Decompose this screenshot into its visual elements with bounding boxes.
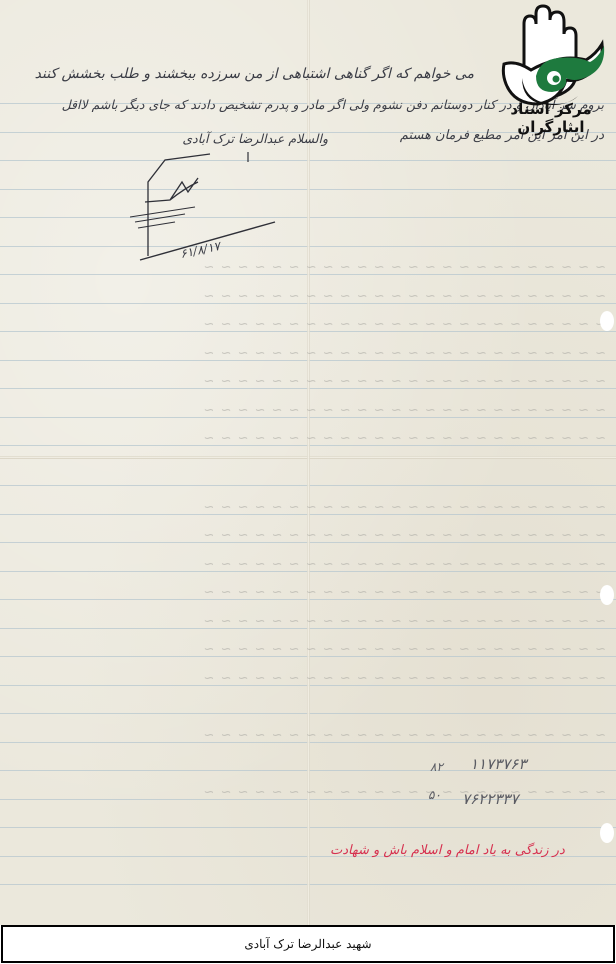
punch-hole — [600, 823, 614, 843]
bleed-through-text: ~ ~ ~ ~ ~ ~ ~ ~ ~ ~ ~ ~ ~ ~ ~ ~ ~ ~ ~ ~ … — [10, 728, 606, 743]
punch-hole — [600, 311, 614, 331]
bleed-through-text: ~ ~ ~ ~ ~ ~ ~ ~ ~ ~ ~ ~ ~ ~ ~ ~ ~ ~ ~ ~ … — [10, 317, 606, 332]
bleed-through-text: ~ ~ ~ ~ ~ ~ ~ ~ ~ ~ ~ ~ ~ ~ ~ ~ ~ ~ ~ ~ … — [10, 346, 606, 361]
bleed-through-text: ~ ~ ~ ~ ~ ~ ~ ~ ~ ~ ~ ~ ~ ~ ~ ~ ~ ~ ~ ~ … — [10, 557, 606, 572]
bleed-through-text: ~ ~ ~ ~ ~ ~ ~ ~ ~ ~ ~ ~ ~ ~ ~ ~ ~ ~ ~ ~ … — [10, 671, 606, 686]
bleed-through-text: ~ ~ ~ ~ ~ ~ ~ ~ ~ ~ ~ ~ ~ ~ ~ ~ ~ ~ ~ ~ … — [10, 374, 606, 389]
punch-hole — [600, 585, 614, 605]
bleed-through-text: ~ ~ ~ ~ ~ ~ ~ ~ ~ ~ ~ ~ ~ ~ ~ ~ ~ ~ ~ ~ … — [10, 431, 606, 446]
bleed-through-text: ~ ~ ~ ~ ~ ~ ~ ~ ~ ~ ~ ~ ~ ~ ~ ~ ~ ~ ~ ~ … — [10, 260, 606, 275]
bleed-through-text: ~ ~ ~ ~ ~ ~ ~ ~ ~ ~ ~ ~ ~ ~ ~ ~ ~ ~ ~ ~ … — [10, 403, 606, 418]
letter-scan: ~ ~ ~ ~ ~ ~ ~ ~ ~ ~ ~ ~ ~ ~ ~ ~ ~ ~ ~ ~ … — [0, 0, 616, 925]
bleed-through-text: ~ ~ ~ ~ ~ ~ ~ ~ ~ ~ ~ ~ ~ ~ ~ ~ ~ ~ ~ ~ … — [10, 500, 606, 515]
handwritten-note-2: ۵۰ — [428, 788, 441, 802]
letter-closing: والسلام عبدالرضا ترک آبادی — [182, 131, 328, 146]
letter-line-1: می خواهم که اگر گناهی اشتباهی از من سرزد… — [35, 66, 474, 82]
handwritten-number-1: ۱۱۷۳۷۶۳ — [470, 755, 526, 773]
caption-text: شهید عبدالرضا ترک آبادی — [244, 937, 371, 951]
logo-text: مرکز اسناد ایثارگران — [486, 100, 616, 136]
bleed-through-text: ~ ~ ~ ~ ~ ~ ~ ~ ~ ~ ~ ~ ~ ~ ~ ~ ~ ~ ~ ~ … — [10, 642, 606, 657]
bleed-through-text: ~ ~ ~ ~ ~ ~ ~ ~ ~ ~ ~ ~ ~ ~ ~ ~ ~ ~ ~ ~ … — [10, 614, 606, 629]
red-ink-note: در زندگی به یاد امام و اسلام باش و شهادت — [330, 843, 565, 858]
caption-box: شهید عبدالرضا ترک آبادی — [1, 925, 615, 963]
handwritten-note-1: ۸۲ — [430, 760, 443, 774]
handwritten-number-2: ۷۶۲۲۳۳۷ — [462, 790, 518, 808]
bleed-through-text: ~ ~ ~ ~ ~ ~ ~ ~ ~ ~ ~ ~ ~ ~ ~ ~ ~ ~ ~ ~ … — [10, 289, 606, 304]
bleed-through-text: ~ ~ ~ ~ ~ ~ ~ ~ ~ ~ ~ ~ ~ ~ ~ ~ ~ ~ ~ ~ … — [10, 528, 606, 543]
bleed-through-text: ~ ~ ~ ~ ~ ~ ~ ~ ~ ~ ~ ~ ~ ~ ~ ~ ~ ~ ~ ~ … — [10, 585, 606, 600]
